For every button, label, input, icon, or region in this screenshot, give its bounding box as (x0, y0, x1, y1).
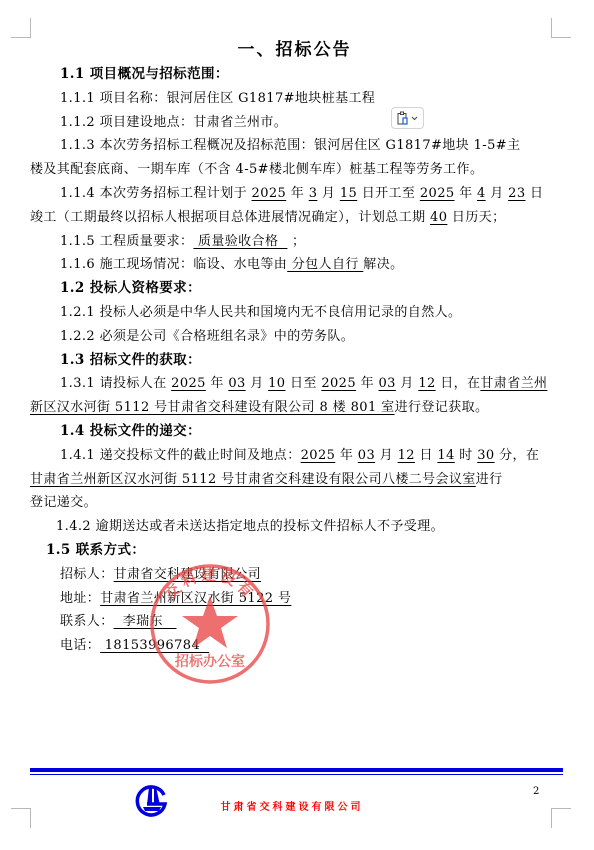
contact-address: 地址：甘肃省兰州新区汉水街 5122 号 (30, 587, 549, 611)
item-1-1-3-line1: 1.1.3 本次劳务招标工程概况及招标范围：银河居住区 G1817#地块 1-5… (30, 134, 549, 158)
deadline-year: 2025 (301, 448, 336, 463)
quality-requirement: 质量验收合格 (193, 234, 287, 249)
text: 日至 (285, 376, 321, 391)
item-1-1-3-line2: 楼及其配套底商、一期车库（不含 4-5#楼北侧车库）桩基工程等劳务工作。 (30, 158, 549, 182)
item-1-1-4-line1: 1.1.4 本次劳务招标工程计划于 2025 年 3 月 15 日开工至 202… (30, 182, 549, 206)
page-corner-mark-top-right (551, 18, 571, 38)
deadline-day: 12 (398, 448, 415, 463)
item-1-1-5: 1.1.5 工程质量要求： 质量验收合格 ； (30, 230, 549, 254)
text: 月 (246, 376, 268, 391)
page-corner-mark-bottom-right (551, 808, 571, 828)
text: 年 (286, 186, 308, 201)
start-day: 15 (340, 186, 357, 201)
contact-person-name: 李瑞东 (114, 614, 177, 629)
item-1-2-2: 1.2.2 必须是公司《合格班组名录》中的劳务队。 (30, 325, 549, 349)
item-1-1-2: 1.1.2 项目建设地点：甘肃省兰州市。 (30, 111, 549, 135)
item-1-1-4-line2: 竣工（工期最终以招标人根据项目总体进展情况确定），计划总工期 40 日历天； (30, 206, 549, 230)
section-heading-1-3: 1.3 招标文件的获取： (30, 349, 549, 373)
label: 联系人： (60, 614, 114, 629)
obtain-end-year: 2025 (321, 376, 356, 391)
text: 日历天； (447, 210, 505, 225)
text: 年 (455, 186, 477, 201)
section-heading-1-2: 1.2 投标人资格要求： (30, 277, 549, 301)
obtain-end-month: 03 (379, 376, 396, 391)
text: 月 (375, 448, 397, 463)
text: 1.4.1 递交投标文件的截止时间及地点： (60, 448, 301, 463)
item-1-1-6: 1.1.6 施工现场情况：临设、水电等由 分包人自行 解决。 (30, 253, 549, 277)
footer-rule-thick (30, 768, 563, 772)
submission-address: 甘肃省兰州新区汉水河街 5112 号甘肃省交科建设有限公司八楼二号会议室 (30, 472, 476, 487)
text: 年 (206, 376, 228, 391)
end-year: 2025 (420, 186, 455, 201)
site-utilities-responsible: 分包人自行 (287, 257, 363, 272)
obtain-start-month: 03 (228, 376, 245, 391)
text: 年 (356, 376, 378, 391)
label: 1.1.6 施工现场情况：临设、水电等由 (60, 257, 287, 272)
page-corner-mark-top-left (11, 18, 31, 38)
contact-person: 联系人： 李瑞东 (30, 610, 549, 634)
item-1-3-1-line1: 1.3.1 请投标人在 2025 年 03 月 10 日至 2025 年 03 … (30, 372, 549, 396)
item-1-3-1-line2: 新区汉水河街 5112 号甘肃省交科建设有限公司 8 楼 801 室进行登记获取… (30, 396, 549, 420)
text: 进行 (476, 472, 503, 487)
text: 月 (317, 186, 339, 201)
document-title: 一、招标公告 (40, 37, 549, 63)
footer-company-name: 甘肃省交科建设有限公司 (197, 798, 387, 813)
end-day: 23 (508, 186, 525, 201)
deadline-minute: 30 (477, 448, 494, 463)
end-month: 4 (477, 186, 486, 201)
label: 地址： (60, 591, 100, 606)
deadline-month: 03 (358, 448, 375, 463)
start-year: 2025 (252, 186, 287, 201)
text: 日 (526, 186, 544, 201)
obtain-end-day: 12 (418, 376, 435, 391)
contact-tenderer: 招标人：甘肃省交科建设有限公司 (30, 563, 549, 587)
obtain-address-part1: 甘肃省兰州 (480, 376, 547, 391)
section-heading-1-1: 1.1 项目概况与招标范围： (30, 63, 549, 87)
tenderer-name: 甘肃省交科建设有限公司 (114, 567, 261, 582)
text: 日，在 (436, 376, 481, 391)
text: 年 (335, 448, 357, 463)
text: ； (287, 234, 305, 249)
deadline-hour: 14 (437, 448, 454, 463)
text: 日开工至 (357, 186, 420, 201)
text: 月 (396, 376, 418, 391)
item-1-1-1: 1.1.1 项目名称：银河居住区 G1817#地块桩基工程 (30, 87, 549, 111)
text: 时 (455, 448, 477, 463)
label: 1.1.5 工程质量要求： (60, 234, 193, 249)
phone-number: 18153996784 (100, 638, 209, 653)
chevron-down-icon (411, 116, 418, 121)
section-heading-1-5: 1.5 联系方式： (30, 539, 549, 563)
obtain-start-year: 2025 (171, 376, 206, 391)
text: 1.3.1 请投标人在 (60, 376, 171, 391)
text: 月 (486, 186, 508, 201)
item-1-4-1-line3: 登记递交。 (30, 491, 549, 515)
text: 解决。 (363, 257, 403, 272)
paste-options-button[interactable] (391, 107, 424, 129)
page-number: 2 (533, 786, 539, 797)
text: 进行登记获取。 (395, 400, 489, 415)
obtain-start-day: 10 (268, 376, 285, 391)
text: 日 (415, 448, 437, 463)
item-1-2-1: 1.2.1 投标人必须是中华人民共和国境内无不良信用记录的自然人。 (30, 301, 549, 325)
section-heading-1-4: 1.4 投标文件的递交： (30, 420, 549, 444)
company-logo-icon (135, 783, 169, 817)
text: 竣工（工期最终以招标人根据项目总体进展情况确定），计划总工期 (30, 210, 430, 225)
contact-phone: 电话： 18153996784 (30, 634, 549, 658)
page-corner-mark-bottom-left (11, 808, 31, 828)
obtain-address-part2: 新区汉水河街 5112 号甘肃省交科建设有限公司 8 楼 801 室 (30, 400, 395, 415)
footer-rule-thin (30, 774, 563, 775)
label: 电话： (60, 638, 100, 653)
text: 分，在 (495, 448, 540, 463)
text: 1.1.4 本次劳务招标工程计划于 (60, 186, 252, 201)
item-1-4-2: 1.4.2 逾期送达或者未送达指定地点的投标文件招标人不予受理。 (30, 515, 549, 539)
address-value: 甘肃省兰州新区汉水街 5122 号 (100, 591, 291, 606)
label: 招标人： (60, 567, 114, 582)
item-1-4-1-line1: 1.4.1 递交投标文件的截止时间及地点：2025 年 03 月 12 日 14… (30, 444, 549, 468)
item-1-4-1-line2: 甘肃省兰州新区汉水河街 5112 号甘肃省交科建设有限公司八楼二号会议室进行 (30, 468, 549, 492)
document-page: 一、招标公告 1.1 项目概况与招标范围： 1.1.1 项目名称：银河居住区 G… (30, 37, 549, 658)
duration-days: 40 (430, 210, 447, 225)
clipboard-icon (397, 111, 409, 125)
